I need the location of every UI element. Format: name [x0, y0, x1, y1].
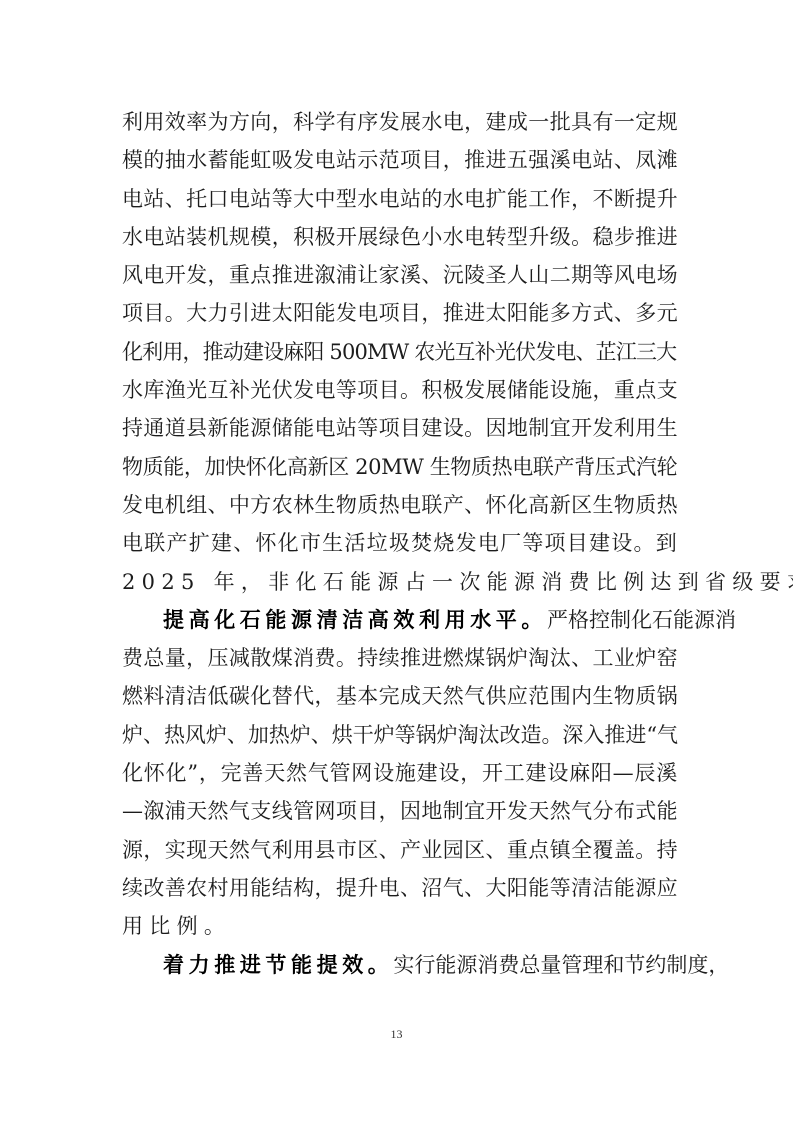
- text-line: 着力推进节能提效。实行能源消费总量管理和节约制度，: [122, 946, 678, 984]
- text-line: 利用效率为方向，科学有序发展水电，建成一批具有一定规: [122, 103, 678, 141]
- text-line: 用比例。: [122, 907, 678, 945]
- paragraph-fossil-energy: 提高化石能源清洁高效利用水平。严格控制化石能源消 费总量，压减散煤消费。持续推进…: [122, 601, 678, 946]
- text-line: 持通道县新能源储能电站等项目建设。因地制宜开发利用生: [122, 409, 678, 447]
- text-line: 2025 年，非化石能源占一次能源消费比例达到省级要求。: [122, 563, 678, 601]
- paragraph-energy-saving: 着力推进节能提效。实行能源消费总量管理和节约制度，: [122, 946, 678, 984]
- text-line: 提高化石能源清洁高效利用水平。严格控制化石能源消: [122, 601, 678, 639]
- text-line: 电联产扩建、怀化市生活垃圾焚烧发电厂等项目建设。到: [122, 524, 678, 562]
- text-line: 化利用，推动建设麻阳 500MW 农光互补光伏发电、芷江三大: [122, 333, 678, 371]
- text-line: 续改善农村用能结构，提升电、沼气、大阳能等清洁能源应: [122, 869, 678, 907]
- text-line: —溆浦天然气支线管网项目，因地制宜开发天然气分布式能: [122, 792, 678, 830]
- paragraph-heading: 着力推进节能提效。: [163, 952, 393, 977]
- text-line: 风电开发，重点推进溆浦让家溪、沅陵圣人山二期等风电场: [122, 256, 678, 294]
- text-line: 水库渔光互补光伏发电等项目。积极发展储能设施，重点支: [122, 371, 678, 409]
- paragraph-heading: 提高化石能源清洁高效利用水平。: [163, 607, 547, 632]
- text-line: 炉、热风炉、加热炉、烘干炉等锅炉淘汰改造。深入推进“气: [122, 716, 678, 754]
- text-line: 发电机组、中方农林生物质热电联产、怀化高新区生物质热: [122, 486, 678, 524]
- text-line: 电站、托口电站等大中型水电站的水电扩能工作，不断提升: [122, 180, 678, 218]
- paragraph-renewable-energy: 利用效率为方向，科学有序发展水电，建成一批具有一定规 模的抽水蓄能虹吸发电站示范…: [122, 103, 678, 601]
- text-line: 项目。大力引进太阳能发电项目，推进太阳能多方式、多元: [122, 294, 678, 332]
- page-number: 13: [0, 1027, 793, 1042]
- paragraph-body-start: 严格控制化石能源消: [547, 608, 736, 632]
- text-line: 物质能，加快怀化高新区 20MW 生物质热电联产背压式汽轮: [122, 448, 678, 486]
- text-line: 源，实现天然气利用县市区、产业园区、重点镇全覆盖。持: [122, 831, 678, 869]
- text-line: 燃料清洁低碳化替代，基本完成天然气供应范围内生物质锅: [122, 677, 678, 715]
- paragraph-body-start: 实行能源消费总量管理和节约制度，: [393, 953, 729, 977]
- text-line: 模的抽水蓄能虹吸发电站示范项目，推进五强溪电站、凤滩: [122, 141, 678, 179]
- text-line: 费总量，压减散煤消费。持续推进燃煤锅炉淘汰、工业炉窑: [122, 639, 678, 677]
- document-page: 利用效率为方向，科学有序发展水电，建成一批具有一定规 模的抽水蓄能虹吸发电站示范…: [122, 103, 678, 984]
- text-line: 水电站装机规模，积极开展绿色小水电转型升级。稳步推进: [122, 218, 678, 256]
- text-line: 化怀化”，完善天然气管网设施建设，开工建设麻阳—辰溪: [122, 754, 678, 792]
